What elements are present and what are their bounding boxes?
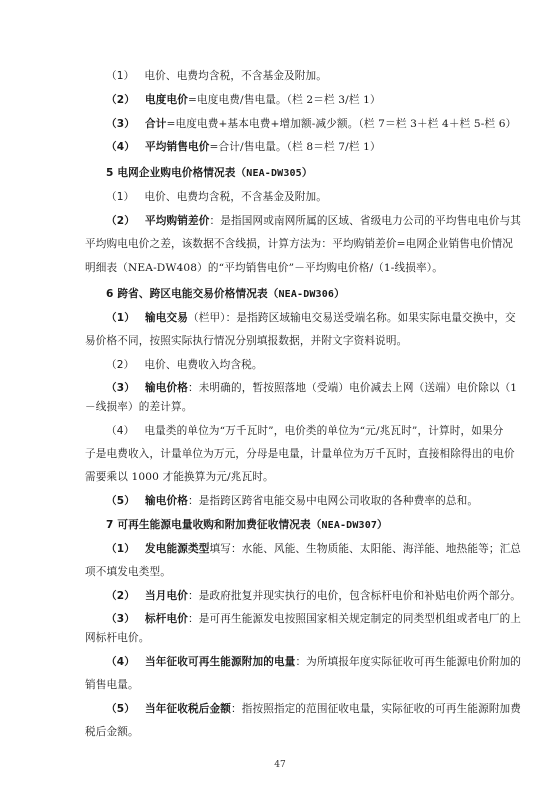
table-code: NEA-DW306 xyxy=(279,289,335,300)
item-text: 电价、电费均含税，不含基金及附加。 xyxy=(144,191,327,203)
item-number: （1） xyxy=(106,312,135,324)
item-text: 网标杆电价。 xyxy=(85,632,149,644)
item-text: ：未明确的，暂按照落地（受端）电价减去上网（送端）电价除以（1 xyxy=(188,382,517,394)
s6-item-5: （5）输电价格：是指跨区跨省电能交易中电网公司收取的各种费率的总和。 xyxy=(106,494,475,508)
item-text: －线损率）的差计算。 xyxy=(85,401,192,413)
table-code: NEA-DW307 xyxy=(322,520,378,531)
item-text: 销售电量。 xyxy=(85,679,139,691)
item-number: （1） xyxy=(106,543,135,555)
s6-item-4: （4）电量类的单位为“万千瓦时”，电价类的单位为“元/兆瓦时”，计算时，如果分 xyxy=(106,424,475,438)
item-number: （2） xyxy=(106,94,135,106)
item-text: 平均购电电价之差，该数据不含线损，计算方法为：平均购销差价=电网企业销售电价情况 xyxy=(85,238,513,250)
table-code: NEA-DW305 xyxy=(246,168,302,179)
s6-item-1: （1）输电交易（栏甲）：是指跨区域输电交易送受端名称。如果实际电量交换中，交 xyxy=(106,311,475,325)
heading-text: 5 电网企业购电价格情况表（ xyxy=(106,167,246,179)
item-number: （3） xyxy=(106,118,135,130)
heading-text: 6 跨省、跨区电能交易价格情况表（ xyxy=(106,288,279,300)
s6-item-4-cont-2: 需要乘以 1000 才能换算为元/兆瓦时。 xyxy=(85,470,475,484)
s7-item-1-cont: 项不填发电类型。 xyxy=(85,565,475,579)
section-6-heading: 6 跨省、跨区电能交易价格情况表（NEA-DW306） xyxy=(106,287,496,302)
s4-item-4: （4）平均销售电价=合计/售电量。（栏 8＝栏 7/栏 1） xyxy=(106,140,475,154)
item-number: （3） xyxy=(106,613,135,625)
item-number: （4） xyxy=(106,656,135,668)
term-label: 标杆电价 xyxy=(145,613,188,625)
item-text: 税后金额。 xyxy=(85,726,139,738)
term-label: 平均购销差价 xyxy=(145,215,209,227)
page-number: 47 xyxy=(0,760,560,770)
s4-item-3: （3）合计=电度电费+基本电费+增加额-减少额。（栏 7＝栏 3＋栏 4＋栏 5… xyxy=(106,117,475,131)
s5-item-2-cont-1: 平均购电电价之差，该数据不含线损，计算方法为：平均购销差价=电网企业销售电价情况 xyxy=(85,237,475,251)
heading-suffix: ） xyxy=(302,167,313,179)
item-number: （1） xyxy=(106,70,134,82)
item-number: （5） xyxy=(106,495,135,507)
s7-item-3: （3）标杆电价：是可再生能源发电按照国家相关规定制定的同类型机组或者电厂的上 xyxy=(106,612,475,626)
s7-item-3-cont: 网标杆电价。 xyxy=(85,631,475,645)
s4-item-1: （1）电价、电费均含税，不含基金及附加。 xyxy=(106,69,475,83)
s7-item-4-cont: 销售电量。 xyxy=(85,678,475,692)
item-text: ：是政府批复并现实执行的电价，包含标杆电价和补贴电价两个部分。 xyxy=(188,590,521,602)
term-label: 当年征收可再生能源附加的电量 xyxy=(145,656,295,668)
item-number: （4） xyxy=(106,141,135,153)
item-text: ：为所填报年度实际征收可再生能源电价附加的 xyxy=(295,656,521,668)
item-text: =电度电费+基本电费+增加额-减少额。（栏 7＝栏 3＋栏 4＋栏 5-栏 6） xyxy=(167,118,517,130)
item-number: （5） xyxy=(106,703,135,715)
section-7-heading: 7 可再生能源电量收购和附加费征收情况表（NEA-DW307） xyxy=(106,518,496,533)
item-number: （1） xyxy=(106,191,134,203)
s6-item-4-cont-1: 子是电费收入，计量单位为万元，分母是电量，计量单位为万千瓦时，直接相除得出的电价 xyxy=(85,447,475,461)
s5-item-1: （1）电价、电费均含税，不含基金及附加。 xyxy=(106,190,475,204)
item-text: =合计/售电量。（栏 8＝栏 7/栏 1） xyxy=(209,141,380,153)
term-label: 电度电价 xyxy=(145,94,188,106)
s7-item-4: （4）当年征收可再生能源附加的电量：为所填报年度实际征收可再生能源电价附加的 xyxy=(106,655,475,669)
s6-item-3-cont: －线损率）的差计算。 xyxy=(85,400,475,414)
item-text: 需要乘以 1000 才能换算为元/兆瓦时。 xyxy=(85,471,274,483)
document-page: （1）电价、电费均含税，不含基金及附加。 （2）电度电价=电度电费/售电量。（栏… xyxy=(0,0,560,791)
s4-item-2: （2）电度电价=电度电费/售电量。（栏 2＝栏 3/栏 1） xyxy=(106,93,475,107)
s6-item-3: （3）输电价格：未明确的，暂按照落地（受端）电价减去上网（送端）电价除以（1 xyxy=(106,381,475,395)
item-text: （栏甲）：是指跨区域输电交易送受端名称。如果实际电量交换中，交 xyxy=(188,312,516,324)
term-label: 平均销售电价 xyxy=(145,141,209,153)
item-text: 电价、电费均含税，不含基金及附加。 xyxy=(144,70,327,82)
heading-suffix: ） xyxy=(377,519,388,531)
section-5-heading: 5 电网企业购电价格情况表（NEA-DW305） xyxy=(106,166,496,181)
item-text: 电量类的单位为“万千瓦时”，电价类的单位为“元/兆瓦时”，计算时，如果分 xyxy=(144,425,503,437)
term-label: 当月电价 xyxy=(145,590,188,602)
heading-suffix: ） xyxy=(334,288,345,300)
item-text: 易价格不同，按照实际执行情况分别填报数据，并附文字资料说明。 xyxy=(85,335,407,347)
s6-item-2: （2）电价、电费收入均含税。 xyxy=(106,358,475,372)
item-text: ：是指国网或南网所属的区域、省级电力公司的平均售电电价与其 xyxy=(209,215,521,227)
item-number: （2） xyxy=(106,590,135,602)
s7-item-5-cont: 税后金额。 xyxy=(85,725,475,739)
term-label: 发电能源类型 xyxy=(145,543,209,555)
item-text: 电价、电费收入均含税。 xyxy=(144,359,262,371)
term-label: 当年征收税后金额 xyxy=(145,703,231,715)
item-number: （2） xyxy=(106,215,135,227)
item-text: =电度电费/售电量。（栏 2＝栏 3/栏 1） xyxy=(188,94,381,106)
s5-item-2: （2）平均购销差价：是指国网或南网所属的区域、省级电力公司的平均售电电价与其 xyxy=(106,214,475,228)
item-number: （4） xyxy=(106,425,134,437)
item-text: ：是指跨区跨省电能交易中电网公司收取的各种费率的总和。 xyxy=(188,495,478,507)
item-text: ：指按照指定的范围征收电量，实际征收的可再生能源附加费 xyxy=(231,703,521,715)
item-number: （3） xyxy=(106,382,135,394)
term-label: 输电价格 xyxy=(145,382,188,394)
item-text: 填写：水能、风能、生物质能、太阳能、海洋能、地热能等；汇总 xyxy=(209,543,521,555)
term-label: 输电价格 xyxy=(145,495,188,507)
heading-text: 7 可再生能源电量收购和附加费征收情况表（ xyxy=(106,519,322,531)
item-text: ：是可再生能源发电按照国家相关规定制定的同类型机组或者电厂的上 xyxy=(188,613,521,625)
s7-item-2: （2）当月电价：是政府批复并现实执行的电价，包含标杆电价和补贴电价两个部分。 xyxy=(106,589,475,603)
s7-item-5: （5）当年征收税后金额：指按照指定的范围征收电量，实际征收的可再生能源附加费 xyxy=(106,702,475,716)
item-number: （2） xyxy=(106,359,134,371)
term-label: 合计 xyxy=(145,118,167,130)
item-text: 子是电费收入，计量单位为万元，分母是电量，计量单位为万千瓦时，直接相除得出的电价 xyxy=(85,448,515,460)
s6-item-1-cont: 易价格不同，按照实际执行情况分别填报数据，并附文字资料说明。 xyxy=(85,334,475,348)
s5-item-2-cont-2: 明细表（NEA-DW408）的“平均销售电价”－平均购电价格/（1-线损率）。 xyxy=(85,261,475,275)
item-text: 项不填发电类型。 xyxy=(85,566,171,578)
s7-item-1: （1）发电能源类型填写：水能、风能、生物质能、太阳能、海洋能、地热能等；汇总 xyxy=(106,542,475,556)
term-label: 输电交易 xyxy=(145,312,188,324)
item-text: 明细表（NEA-DW408）的“平均销售电价”－平均购电价格/（1-线损率）。 xyxy=(85,262,443,274)
